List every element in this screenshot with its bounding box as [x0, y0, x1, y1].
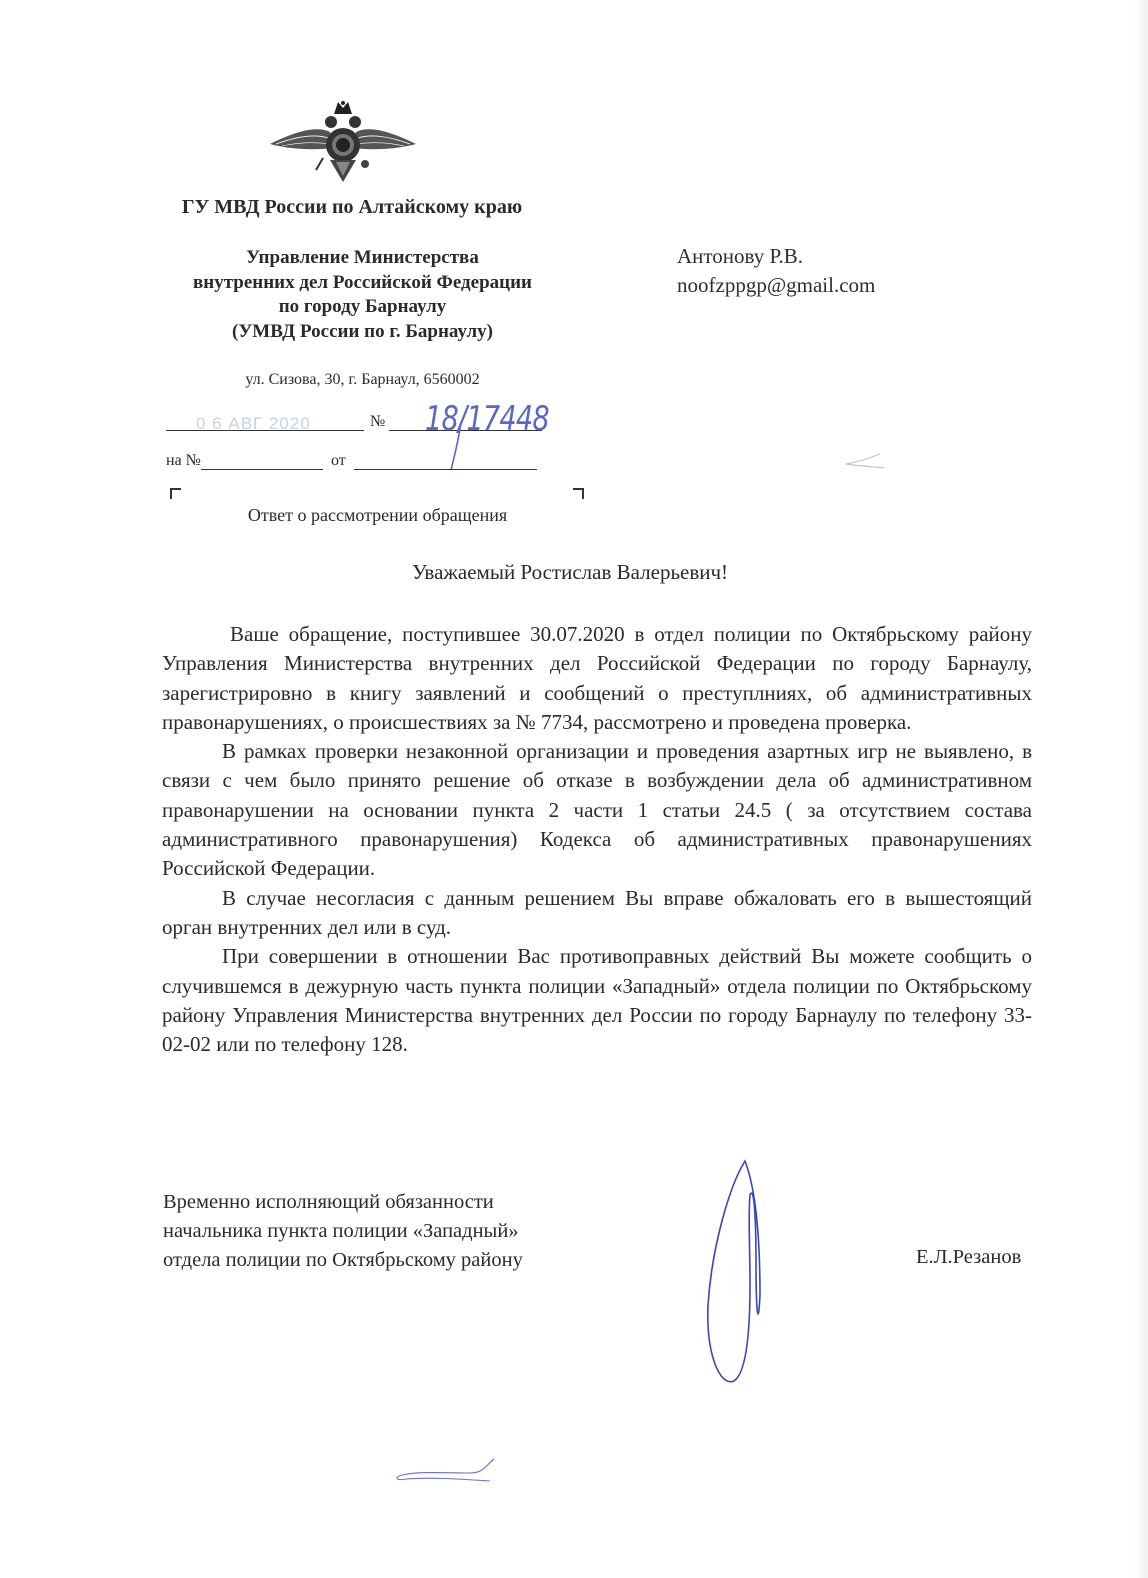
mvd-emblem-icon	[268, 100, 418, 188]
signatory-name: Е.Л.Резанов	[916, 1246, 1021, 1269]
reference-label: на №	[166, 452, 201, 470]
body-paragraph: При совершении в отношении Вас противопр…	[162, 942, 1032, 1059]
from-label: от	[331, 452, 346, 470]
handwritten-signature-icon	[700, 1155, 780, 1395]
body-paragraph: Ваше обращение, поступившее 30.07.2020 в…	[162, 620, 1032, 737]
recipient-email: noofzppgp@gmail.com	[677, 271, 875, 300]
position-line: Временно исполняющий обязанности	[163, 1188, 523, 1217]
handwritten-registration-number: 18/17448	[425, 399, 549, 439]
scan-page-edge	[1134, 0, 1148, 1578]
department-line: (УМВД России по г. Барнаулу)	[150, 320, 575, 345]
department-address: ул. Сизова, 30, г. Барнаул, 6560002	[150, 371, 575, 389]
letter-subject: Ответ о рассмотрении обращения	[150, 505, 605, 526]
number-label: №	[370, 413, 385, 431]
date-blank	[166, 412, 364, 431]
position-line: отдела полиции по Октябрьскому району	[163, 1246, 523, 1275]
recipient-name: Антонову Р.В.	[677, 242, 875, 271]
letter-greeting: Уважаемый Ростислав Валерьевич!	[150, 560, 990, 585]
signatory-position: Временно исполняющий обязанности начальн…	[163, 1188, 523, 1275]
pen-mark-icon	[840, 448, 890, 474]
letter-body: Ваше обращение, поступившее 30.07.2020 в…	[162, 620, 1032, 1059]
department-line: внутренних дел Российской Федерации	[150, 271, 575, 296]
department-name: Управление Министерства внутренних дел Р…	[150, 246, 575, 344]
organization-name: ГУ МВД России по Алтайскому краю	[152, 196, 552, 219]
from-date-blank	[354, 451, 537, 470]
department-line: Управление Министерства	[150, 246, 575, 271]
bracket-left-icon	[170, 488, 181, 499]
pen-mark-icon	[390, 1455, 500, 1485]
reference-blank	[201, 451, 323, 470]
recipient-block: Антонову Р.В. noofzppgp@gmail.com	[677, 242, 875, 300]
reference-number-row: на № от	[166, 451, 537, 470]
body-paragraph: В рамках проверки незаконной организации…	[162, 737, 1032, 883]
position-line: начальника пункта полиции «Западный»	[163, 1217, 523, 1246]
bracket-right-icon	[573, 488, 584, 499]
body-paragraph: В случае несогласия с данным решением Вы…	[162, 884, 1032, 943]
department-line: по городу Барнаулу	[150, 295, 575, 320]
